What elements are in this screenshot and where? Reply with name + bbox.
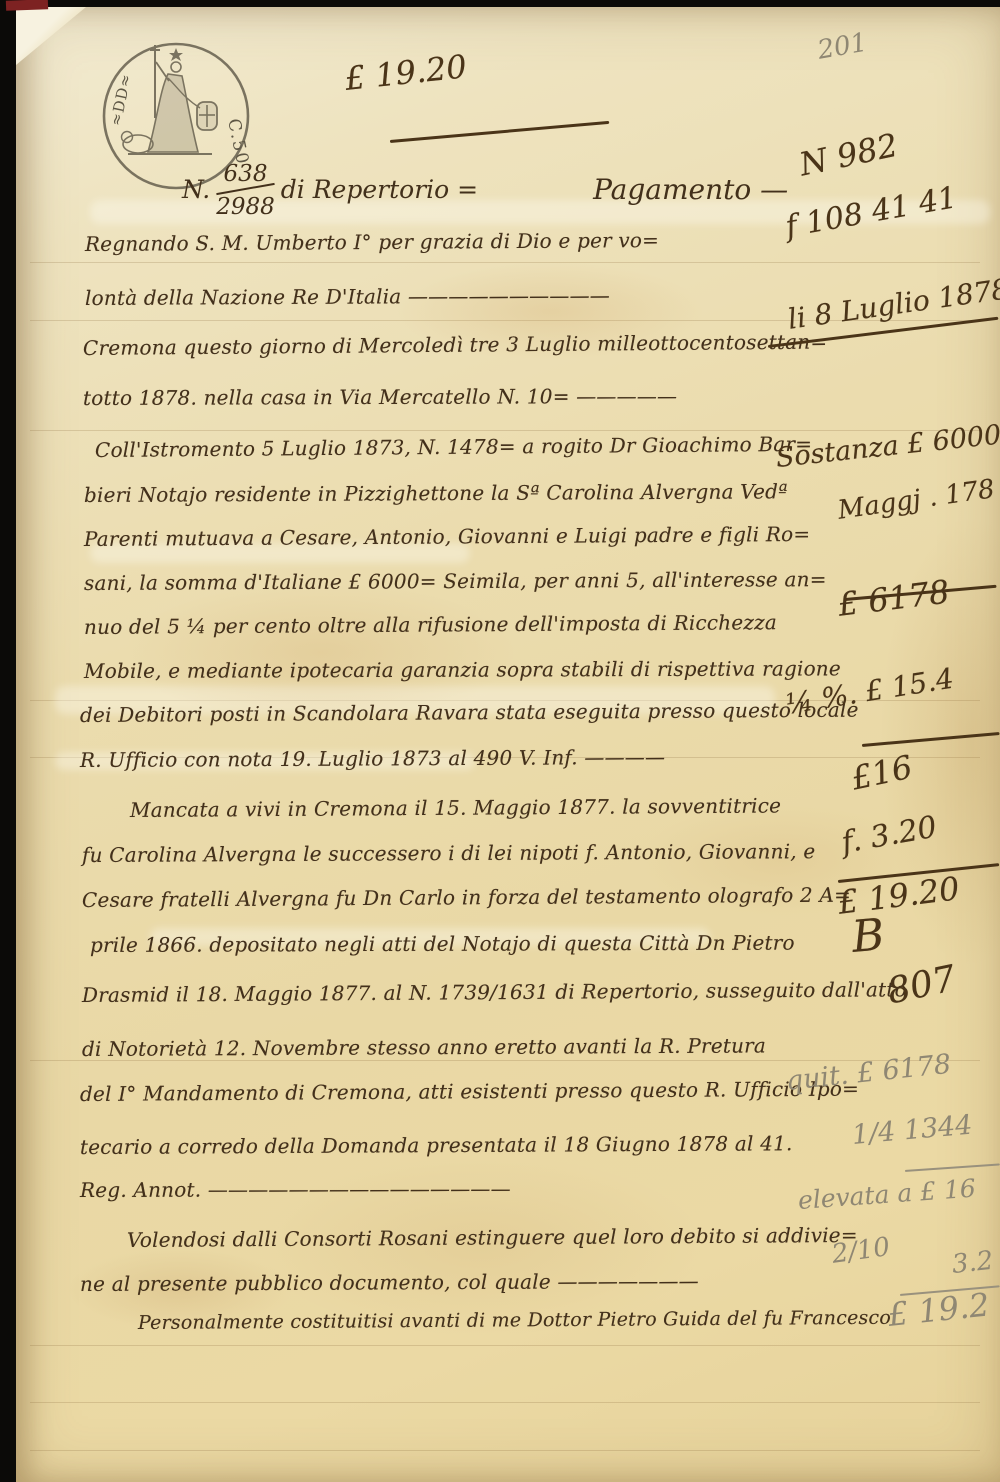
- repertorio-denominator: 2988: [216, 194, 275, 220]
- manuscript-line: di Notorietà 12. Novembre stesso anno er…: [82, 1033, 766, 1061]
- manuscript-line: lontà della Nazione Re D'Italia ————————…: [85, 283, 610, 310]
- stamp-left-text: ≈DD≈: [107, 72, 136, 128]
- manuscript-line: Volendosi dalli Consorti Rosani estingue…: [127, 1223, 858, 1252]
- repertorio-fraction: 638 2988: [216, 158, 275, 220]
- manuscript-line: prile 1866. depositato negli atti del No…: [90, 931, 795, 957]
- manuscript-line: nuo del 5 ¼ per cento oltre alla rifusio…: [84, 610, 777, 639]
- manuscript-line: fu Carolina Alvergna le successero i di …: [82, 839, 816, 867]
- manuscript-line: Mancata a vivi in Cremona il 15. Maggio …: [130, 793, 781, 822]
- header-line: N. 638 2988 di Repertorio = Pagamento —: [182, 158, 788, 220]
- manuscript-line: Parenti mutuava a Cesare, Antonio, Giova…: [84, 522, 810, 551]
- ruled-line: [30, 1402, 980, 1403]
- manuscript-line: tecario a corredo della Domanda presenta…: [80, 1131, 793, 1159]
- repertorio-number-prefix: N.: [182, 175, 210, 204]
- document-title: Pagamento —: [593, 173, 788, 206]
- manuscript-line: sani, la somma d'Italiane £ 6000= Seimil…: [84, 567, 827, 595]
- pencil-annotation: 3.2: [950, 1246, 994, 1280]
- ruled-line: [30, 1450, 980, 1451]
- ruled-line: [30, 1345, 980, 1346]
- ruled-line: [30, 430, 980, 431]
- manuscript-line: bieri Notajo residente in Pizzighettone …: [84, 479, 788, 507]
- ruled-line: [30, 262, 980, 263]
- scanned-document: C.50 ≈DD≈ 201 £ 19.20 N. 638 2988 di Rep…: [0, 0, 1000, 1482]
- manuscript-line: Regnando S. M. Umberto I° per grazia di …: [85, 228, 659, 256]
- manuscript-line: ne al presente pubblico documento, col q…: [80, 1269, 699, 1296]
- manuscript-line: Mobile, e mediante ipotecaria garanzia s…: [84, 656, 841, 683]
- repertorio-numerator: 638: [224, 161, 268, 187]
- manuscript-line: R. Ufficio con nota 19. Luglio 1873 al 4…: [80, 745, 665, 772]
- manuscript-line: Reg. Annot. ———————————————: [80, 1176, 511, 1202]
- manuscript-line: totto 1878. nella casa in Via Mercatello…: [83, 384, 677, 410]
- scan-edge-artifact: [6, 0, 48, 11]
- paraph-initial: B: [850, 909, 887, 963]
- repertorio-label: di Repertorio =: [281, 175, 478, 204]
